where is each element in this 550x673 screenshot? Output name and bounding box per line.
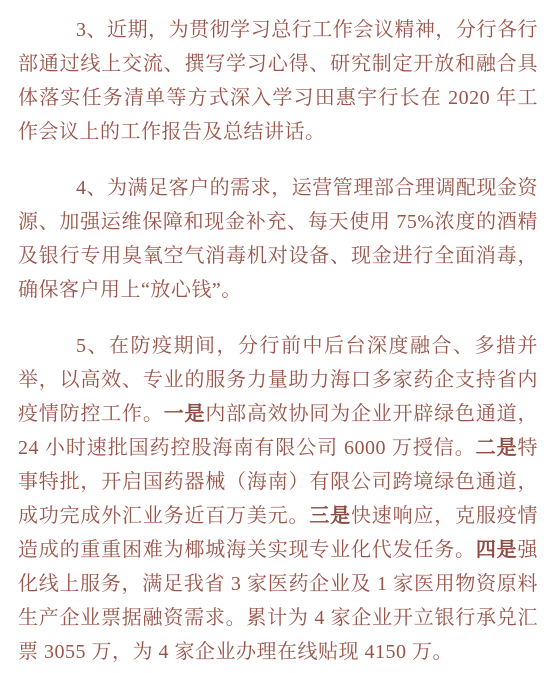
body-text: 3、近期，为贯彻学习总行工作会议精神，分行各行部通过线上交流、撰写学习心得、研究… bbox=[18, 19, 538, 143]
emphasis-text: 三是 bbox=[309, 505, 351, 527]
emphasis-text: 四是 bbox=[476, 539, 518, 561]
body-text: 4、为满足客户的需求，运营管理部合理调配现金资源、加强运维保障和现金补充、每天使… bbox=[18, 177, 538, 301]
paragraph: 4、为满足客户的需求，运营管理部合理调配现金资源、加强运维保障和现金补充、每天使… bbox=[18, 171, 538, 307]
emphasis-text: 二是 bbox=[476, 437, 518, 459]
emphasis-text: 一是 bbox=[164, 403, 206, 425]
paragraph: 5、在防疫期间，分行前中后台深度融合、多措并举，以高效、专业的服务力量助力海口多… bbox=[18, 329, 538, 669]
page: { "page": { "background_color": "#ffffff… bbox=[0, 0, 550, 673]
paragraph: 3、近期，为贯彻学习总行工作会议精神，分行各行部通过线上交流、撰写学习心得、研究… bbox=[18, 13, 538, 149]
document-body: 3、近期，为贯彻学习总行工作会议精神，分行各行部通过线上交流、撰写学习心得、研究… bbox=[0, 0, 550, 673]
